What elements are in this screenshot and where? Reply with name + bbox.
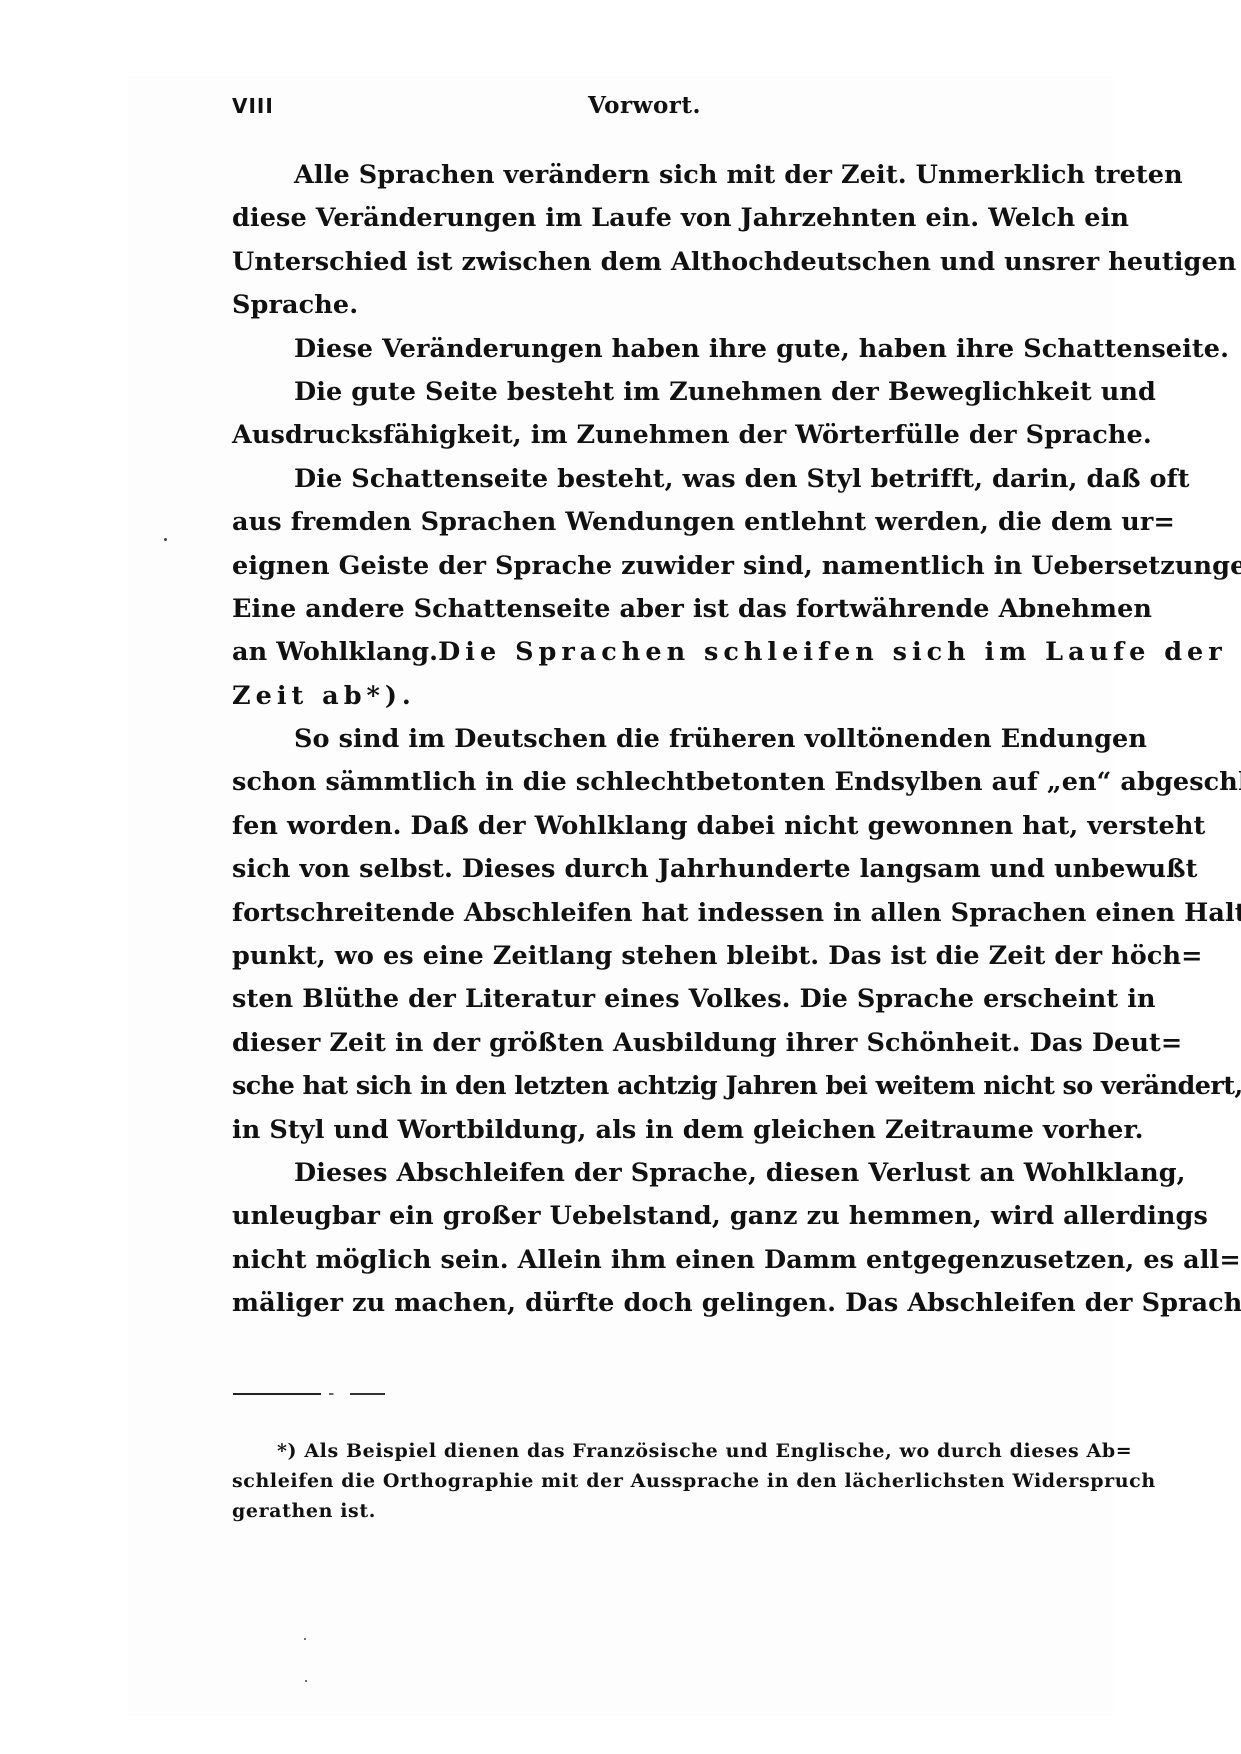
line-segment: an Wohlklang. — [232, 631, 438, 674]
paragraph-line: dieser Zeit in der größten Ausbildung ih… — [232, 1022, 1057, 1065]
paragraph-line: mäliger zu machen, dürfte doch gelingen.… — [232, 1282, 1057, 1325]
paragraph-line: fen worden. Daß der Wohlklang dabei nich… — [232, 805, 1057, 848]
footnote-line: *) Als Beispiel dienen das Französische … — [232, 1436, 1057, 1466]
paragraph-line: Die gute Seite besteht im Zunehmen der B… — [232, 371, 1057, 414]
paragraph-line: diese Veränderungen im Laufe von Jahrzeh… — [232, 197, 1057, 240]
paragraph-line: sten Blüthe der Literatur eines Volkes. … — [232, 978, 1057, 1021]
scan-speck — [305, 1680, 307, 1682]
paragraph-line: Diese Veränderungen haben ihre gute, hab… — [232, 328, 1057, 371]
footnote-line: schleifen die Orthographie mit der Aussp… — [232, 1466, 1057, 1496]
paragraph-line: Ausdrucksfähigkeit, im Zunehmen der Wört… — [232, 414, 1057, 457]
scan-speck — [304, 1638, 306, 1640]
paragraph-line: Zeit ab*). — [232, 675, 1057, 718]
paragraph-line: fortschreitende Abschleifen hat indessen… — [232, 892, 1057, 935]
paragraph-line: sche hat sich in den letzten achtzig Jah… — [232, 1065, 1057, 1108]
paragraph-line: unleugbar ein großer Uebelstand, ganz zu… — [232, 1195, 1057, 1238]
running-head: Vorwort. — [232, 92, 1057, 119]
paragraph-line: Sprache. — [232, 284, 1057, 327]
paragraph-line: Eine andere Schattenseite aber ist das f… — [232, 588, 1057, 631]
emphasized-sentence: Die Sprachen schleifen sich im Laufe der — [438, 631, 1227, 674]
paragraph-line: Die Schattenseite besteht, was den Styl … — [232, 458, 1057, 501]
scan-speck — [164, 538, 167, 541]
paragraph-line: nicht möglich sein. Allein ihm einen Dam… — [232, 1239, 1057, 1282]
body-text: Alle Sprachen verändern sich mit der Zei… — [232, 154, 1057, 1326]
paragraph-line: aus fremden Sprachen Wendungen entlehnt … — [232, 501, 1057, 544]
paragraph-line: punkt, wo es eine Zeitlang stehen bleibt… — [232, 935, 1057, 978]
paragraph-line: Alle Sprachen verändern sich mit der Zei… — [232, 154, 1057, 197]
paragraph-line: Dieses Abschleifen der Sprache, diesen V… — [232, 1152, 1057, 1195]
paragraph-line: an Wohlklang. Die Sprachen schleifen sic… — [232, 631, 1057, 674]
page-header: VIII Vorwort. — [232, 92, 1057, 126]
paragraph-line: So sind im Deutschen die früheren volltö… — [232, 718, 1057, 761]
paragraph-line: sich von selbst. Dieses durch Jahrhunder… — [232, 848, 1057, 891]
footnote-separator — [233, 1393, 385, 1395]
paragraph-line: eignen Geiste der Sprache zuwider sind, … — [232, 545, 1057, 588]
paragraph-line: Unterschied ist zwischen dem Althochdeut… — [232, 241, 1057, 284]
footnote-line: gerathen ist. — [232, 1496, 1057, 1526]
paragraph-line: schon sämmtlich in die schlechtbetonten … — [232, 761, 1057, 804]
footnote: *) Als Beispiel dienen das Französische … — [232, 1436, 1057, 1526]
paragraph-line: in Styl und Wortbildung, als in dem glei… — [232, 1109, 1057, 1152]
